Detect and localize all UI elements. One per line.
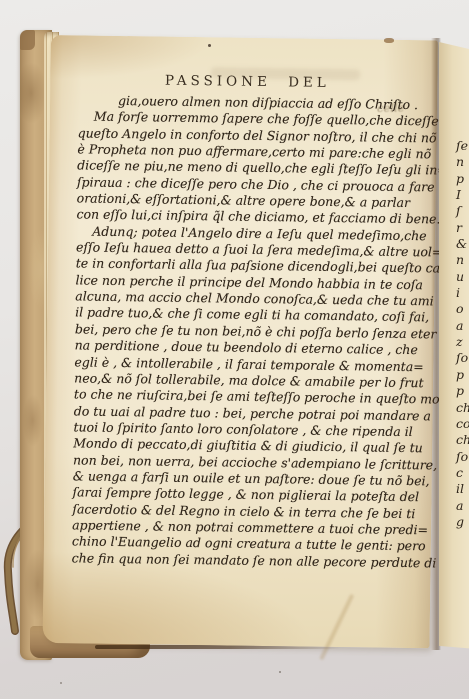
facing-page-line-fragment: c xyxy=(439,465,469,481)
facing-page-line-fragment: ſo xyxy=(439,350,469,366)
page-speck xyxy=(330,150,332,152)
facing-page-line-fragment: n xyxy=(439,154,469,170)
facing-page-line-fragment: a xyxy=(439,318,469,334)
dust-speck xyxy=(60,682,62,684)
facing-page-line-fragment: g xyxy=(439,514,469,530)
running-header: PASSIONE DEL xyxy=(78,71,416,93)
facing-page-line-fragment: il xyxy=(439,481,469,497)
facing-page-line-fragment: ſo xyxy=(439,449,469,465)
facing-page-line-fragment: ſe xyxy=(439,138,469,154)
facing-page-line-fragment: ch xyxy=(439,432,469,448)
page-speck xyxy=(112,328,114,330)
facing-page-sliver: ſenpIſr&nuioazſoppchcochſocilag xyxy=(439,42,469,652)
facing-page-line-fragment: i xyxy=(439,285,469,301)
facing-page-line-fragment: ch xyxy=(439,400,469,416)
cover-corner-wear xyxy=(20,30,35,50)
facing-page-line-fragment: a xyxy=(439,498,469,514)
facing-page-line-fragment: p xyxy=(439,383,469,399)
page-edge-nick xyxy=(384,38,394,43)
facing-page-line-fragment: ſ xyxy=(439,203,469,219)
facing-page-text-fragments: ſenpIſr&nuioazſoppchcochſocilag xyxy=(439,138,469,530)
facing-page-line-fragment: n xyxy=(439,252,469,268)
facing-page-line-fragment: p xyxy=(439,367,469,383)
page-stain xyxy=(319,594,354,661)
page-speck xyxy=(96,476,98,478)
facing-page-line-fragment: r xyxy=(439,220,469,236)
facing-page-line-fragment: o xyxy=(439,301,469,317)
dust-speck xyxy=(279,671,281,673)
facing-page-line-fragment: u xyxy=(439,269,469,285)
book-page: PASSIONE DEL celle gia,ouero almen non d… xyxy=(43,35,438,648)
facing-page-line-fragment: co xyxy=(439,416,469,432)
facing-page-line-fragment: p xyxy=(439,171,469,187)
facing-page-line-fragment: & xyxy=(439,236,469,252)
dust-speck xyxy=(208,44,211,47)
facing-page-line-fragment: z xyxy=(439,334,469,350)
facing-page-line-fragment: I xyxy=(439,187,469,203)
text-block: gia,ouero almen non diſpiaccia ad eſſo C… xyxy=(72,92,417,571)
book-photograph: PASSIONE DEL celle gia,ouero almen non d… xyxy=(0,0,469,699)
